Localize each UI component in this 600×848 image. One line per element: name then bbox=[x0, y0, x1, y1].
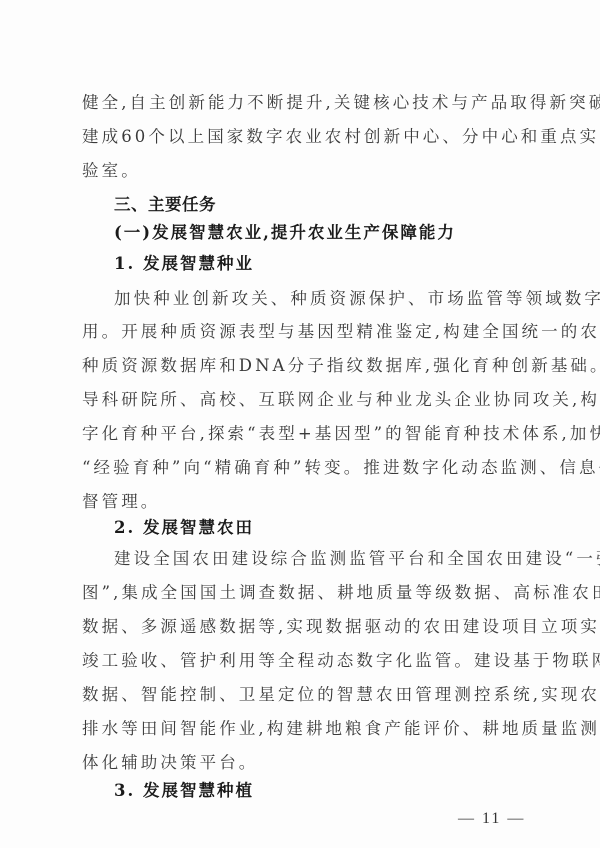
paragraph-line: 加快种业创新攻关、种质资源保护、市场监管等领域数字化应 bbox=[114, 289, 522, 309]
paragraph-line: 建成60个以上国家数字农业农村创新中心、分中心和重点实 bbox=[82, 127, 522, 147]
paragraph-line: 种质资源数据库和DNA分子指纹数据库,强化育种创新基础。引 bbox=[82, 356, 522, 376]
paragraph-line: 验室。 bbox=[82, 161, 522, 181]
paragraph-line: 数据、多源遥感数据等,实现数据驱动的农田建设项目立项实施、 bbox=[82, 617, 522, 637]
paragraph-line: 竣工验收、管护利用等全程动态数字化监管。建设基于物联网、大 bbox=[82, 651, 522, 671]
paragraph-line: “经验育种”向“精确育种”转变。推进数字化动态监测、信息化监 bbox=[82, 458, 522, 478]
paragraph-line: 排水等田间智能作业,构建耕地粮食产能评价、耕地质量监测等一 bbox=[82, 719, 522, 739]
page-number: — 11 — bbox=[458, 810, 525, 828]
item-heading-3: 3. 发展智慧种植 bbox=[114, 781, 254, 801]
paragraph-line: 建设全国农田建设综合监测监管平台和全国农田建设“一张 bbox=[114, 549, 522, 569]
paragraph-line: 图”,集成全国国土调查数据、耕地质量等级数据、高标准农田建设 bbox=[82, 583, 522, 603]
document-page: 健全,自主创新能力不断提升,关键核心技术与产品取得新突破。 建成60个以上国家数… bbox=[0, 0, 600, 848]
section-heading: 三、主要任务 bbox=[114, 195, 216, 215]
paragraph-line: 体化辅助决策平台。 bbox=[82, 753, 522, 773]
paragraph-line: 用。开展种质资源表型与基因型精准鉴定,构建全国统一的农业 bbox=[82, 322, 522, 342]
subsection-heading: (一)发展智慧农业,提升农业生产保障能力 bbox=[114, 223, 456, 243]
item-heading-2: 2. 发展智慧农田 bbox=[114, 518, 254, 538]
item-heading-1: 1. 发展智慧种业 bbox=[114, 254, 254, 274]
paragraph-line: 健全,自主创新能力不断提升,关键核心技术与产品取得新突破。 bbox=[82, 93, 522, 113]
paragraph-line: 数据、智能控制、卫星定位的智慧农田管理测控系统,实现农田灌 bbox=[82, 685, 522, 705]
paragraph-line: 字化育种平台,探索“表型+基因型”的智能育种技术体系,加快 bbox=[82, 424, 522, 444]
paragraph-line: 导科研院所、高校、互联网企业与种业龙头企业协同攻关,构建数 bbox=[82, 390, 522, 410]
paragraph-line: 督管理。 bbox=[82, 492, 522, 512]
